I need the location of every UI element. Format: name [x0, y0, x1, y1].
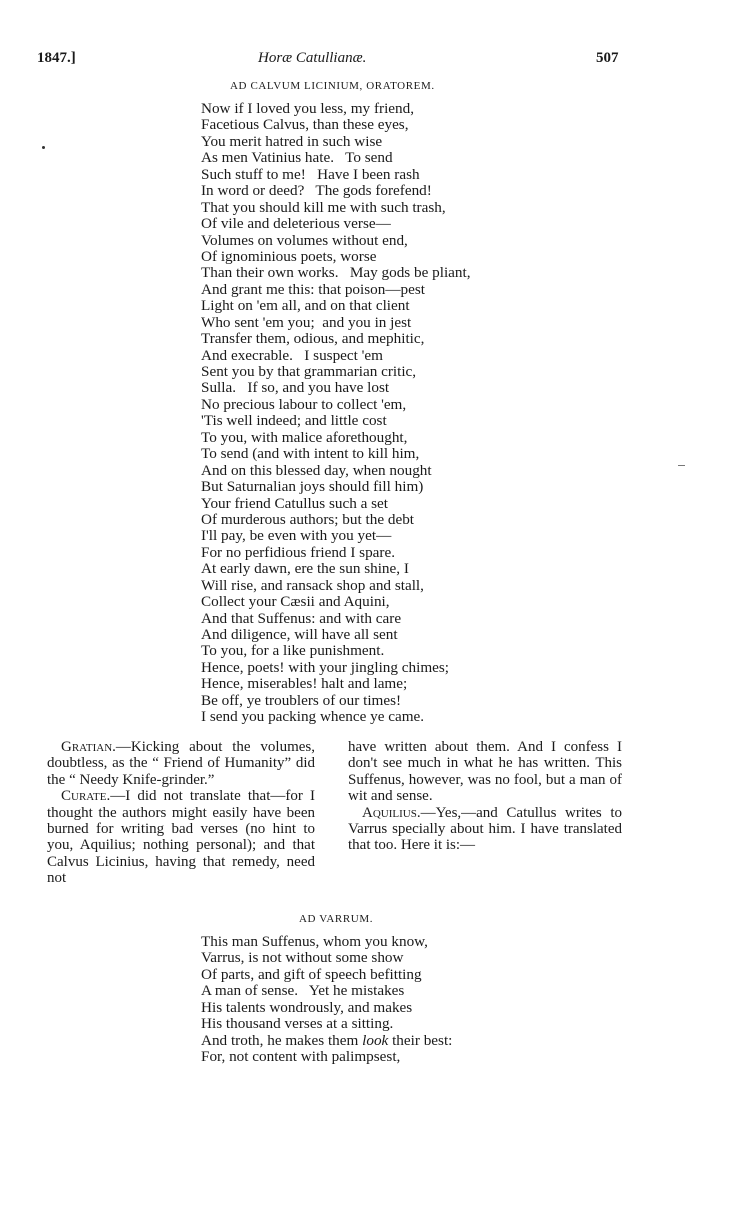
- poem-line: 'Tis well indeed; and little cost: [201, 413, 471, 429]
- poem-line: Such stuff to me! Have I been rash: [201, 167, 471, 183]
- emphasis-word: look: [362, 1032, 388, 1049]
- poem-varrus: This man Suffenus, whom you know,Varrus,…: [201, 934, 452, 1066]
- poem-line: To you, for a like punishment.: [201, 643, 471, 659]
- poem-line: Sulla. If so, and you have lost: [201, 380, 471, 396]
- dialogue-paragraph: Gratian.—Kicking about the volumes, doub…: [47, 739, 315, 788]
- poem-line: His talents wondrously, and makes: [201, 1000, 452, 1016]
- poem-line: As men Vatinius hate. To send: [201, 150, 471, 166]
- poem-line: And on this blessed day, when nought: [201, 463, 471, 479]
- poem-line: And troth, he makes them look their best…: [201, 1033, 452, 1049]
- speaker-name: Gratian.: [61, 739, 116, 755]
- page-number: 507: [596, 50, 619, 67]
- poem-line: A man of sense. Yet he mistakes: [201, 983, 452, 999]
- poem-line: Of murderous authors; but the debt: [201, 512, 471, 528]
- running-head: 1847.] Horæ Catullianæ. 507: [0, 50, 749, 70]
- poem-line: Of vile and deleterious verse—: [201, 216, 471, 232]
- running-head-title: Horæ Catullianæ.: [258, 50, 366, 67]
- poem-line: For no perfidious friend I spare.: [201, 545, 471, 561]
- poem-line: Volumes on volumes without end,: [201, 233, 471, 249]
- poem-line: Collect your Cæsii and Aquini,: [201, 594, 471, 610]
- poem-line: Than their own works. May gods be pliant…: [201, 265, 471, 281]
- poem-line: His thousand verses at a sitting.: [201, 1016, 452, 1032]
- poem-line: And execrable. I suspect 'em: [201, 348, 471, 364]
- poem-line: Will rise, and ransack shop and stall,: [201, 578, 471, 594]
- poem-line: To send (and with intent to kill him,: [201, 446, 471, 462]
- poem-line: No precious labour to collect 'em,: [201, 397, 471, 413]
- poem-line: Facetious Calvus, than these eyes,: [201, 117, 471, 133]
- poem-line: Be off, ye troublers of our times!: [201, 693, 471, 709]
- margin-dot: [42, 146, 45, 149]
- poem-line: This man Suffenus, whom you know,: [201, 934, 452, 950]
- poem-calvus: Now if I loved you less, my friend,Facet…: [201, 101, 471, 726]
- poem-line: Your friend Catullus such a set: [201, 496, 471, 512]
- dialogue-paragraph: Curate.—I did not translate that—for I t…: [47, 788, 315, 886]
- dialogue-right-column: have written about them. And I confess I…: [348, 739, 622, 854]
- poem-line: Sent you by that grammarian critic,: [201, 364, 471, 380]
- poem-title-varrus: AD VARRUM.: [299, 913, 749, 925]
- poem-line: And grant me this: that poison—pest: [201, 282, 471, 298]
- dialogue-paragraph: Aquilius.—Yes,—and Catullus writes to Va…: [348, 805, 622, 854]
- speaker-name: Curate.: [61, 788, 110, 804]
- poem-line: Of ignominious poets, worse: [201, 249, 471, 265]
- poem-line: Hence, poets! with your jingling chimes;: [201, 660, 471, 676]
- poem-line: For, not content with palimpsest,: [201, 1049, 452, 1065]
- poem-line: And diligence, will have all sent: [201, 627, 471, 643]
- poem-line: Hence, miserables! halt and lame;: [201, 676, 471, 692]
- poem-line: I'll pay, be even with you yet—: [201, 528, 471, 544]
- poem-line: At early dawn, ere the sun shine, I: [201, 561, 471, 577]
- dialogue-left-column: Gratian.—Kicking about the volumes, doub…: [47, 739, 315, 887]
- running-head-year: 1847.]: [37, 50, 76, 67]
- poem-line: Now if I loved you less, my friend,: [201, 101, 471, 117]
- poem-line: In word or deed? The gods forefend!: [201, 183, 471, 199]
- poem-line: Who sent 'em you; and you in jest: [201, 315, 471, 331]
- margin-dash: [678, 465, 685, 466]
- poem-line: And that Suffenus: and with care: [201, 611, 471, 627]
- poem-line: Transfer them, odious, and mephitic,: [201, 331, 471, 347]
- poem-line: Of parts, and gift of speech befitting: [201, 967, 452, 983]
- speaker-name: Aquilius.: [362, 805, 421, 821]
- poem-line: Varrus, is not without some show: [201, 950, 452, 966]
- poem-line: I send you packing whence ye came.: [201, 709, 471, 725]
- poem-line: You merit hatred in such wise: [201, 134, 471, 150]
- poem-line: To you, with malice aforethought,: [201, 430, 471, 446]
- poem-title-calvus: AD CALVUM LICINIUM, ORATOREM.: [230, 80, 749, 92]
- poem-line: Light on 'em all, and on that client: [201, 298, 471, 314]
- dialogue-paragraph: have written about them. And I confess I…: [348, 739, 622, 805]
- poem-line: But Saturnalian joys should fill him): [201, 479, 471, 495]
- dialogue-text: have written about them. And I confess I…: [348, 739, 622, 804]
- poem-line: That you should kill me with such trash,: [201, 200, 471, 216]
